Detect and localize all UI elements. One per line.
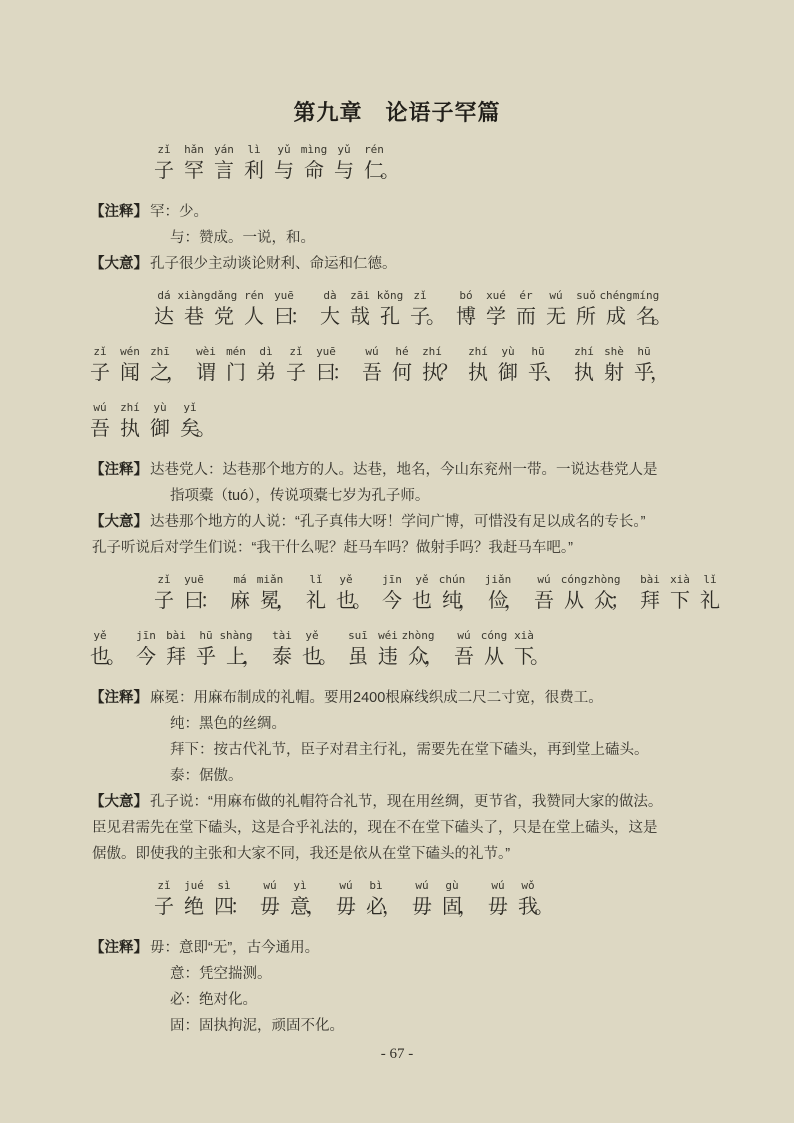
verse-character: wú毋 [336, 879, 356, 919]
pinyin-annotation: hé [395, 345, 408, 359]
punctuation: 。 [530, 646, 550, 668]
note-line: 必：绝对化。 [90, 987, 704, 1013]
punctuation: ， [276, 590, 296, 612]
pinyin-annotation: zǐ [93, 345, 106, 359]
pinyin-annotation: wú [339, 879, 352, 893]
note-line: 臣见君需先在堂下磕头，这是合乎礼法的，现在不在堂下磕头了，只是在堂上磕头，这是 [90, 815, 704, 841]
verse-character: miǎn冕， [260, 573, 296, 613]
pinyin-annotation: zhí [468, 345, 488, 359]
pinyin-annotation: bó [459, 289, 472, 303]
note-text: 罕：少。 [150, 204, 208, 220]
verse-line: zǐ子wén闻zhī之，wèi谓mén门dì弟zǐ子yuē曰：wú吾hé何zhí… [90, 345, 704, 385]
pinyin-annotation: rén [244, 289, 264, 303]
pinyin-annotation: chún [439, 573, 466, 587]
pinyin-annotation: yě [305, 629, 318, 643]
pinyin-annotation: wǒ [521, 879, 534, 893]
note-line: 孔子听说后对学生们说：“我干什么呢？赶马车吗？做射手吗？我赶马车吧。” [90, 535, 704, 561]
pinyin-annotation: gù [445, 879, 458, 893]
note-line: 纯：黑色的丝绸。 [90, 711, 704, 737]
hanzi-text: 御 [498, 361, 518, 385]
note-text: 必：绝对化。 [170, 992, 257, 1008]
note-text: 达巷党人：达巷那个地方的人。达巷，地名，今山东兖州一带。一说达巷党人是 [150, 462, 658, 478]
verse-character: yì意， [290, 879, 326, 919]
hanzi-text: 也 [412, 589, 432, 613]
pinyin-annotation: dǎng [211, 289, 238, 303]
note-label: 【大意】 [90, 256, 148, 272]
verse-character: wú无 [546, 289, 566, 329]
pinyin-annotation: shàng [219, 629, 252, 643]
pinyin-annotation: ér [519, 289, 532, 303]
verse-line: dá达xiàng巷dǎng党rén人yuē曰：dà大zāi哉kǒng孔zǐ子。b… [90, 289, 704, 329]
pinyin-annotation: cóng [561, 573, 588, 587]
pinyin-annotation: zhī [150, 345, 170, 359]
pinyin-annotation: wú [491, 879, 504, 893]
hanzi-text: 博 [456, 305, 476, 329]
verse-character: wéi违 [378, 629, 398, 669]
verse-character: jiǎn俭， [488, 573, 524, 613]
hanzi-text: 子 [286, 361, 306, 385]
verse-character: jué绝 [184, 879, 204, 919]
verse-character: chún纯， [442, 573, 478, 613]
verse-character: hǎn罕 [184, 143, 204, 183]
verse-character: shè射 [604, 345, 624, 385]
verse-character: cóng从 [484, 629, 504, 669]
hanzi-text: 虽 [348, 645, 368, 669]
pinyin-annotation: jīn [136, 629, 156, 643]
hanzi-text: 与 [274, 159, 294, 183]
punctuation: ： [230, 896, 250, 918]
hanzi-text: 罕 [184, 159, 204, 183]
document-page: 第九章 论语子罕篇 zǐ子hǎn罕yán言lì利yǔ与mìng命yǔ与rén仁。… [0, 0, 794, 1123]
pinyin-annotation: kǒng [377, 289, 404, 303]
verse-character: lǐ礼 [306, 573, 326, 613]
pinyin-annotation: zǐ [157, 879, 170, 893]
verse-character: yán言 [214, 143, 234, 183]
note-text: 纯：黑色的丝绸。 [170, 716, 286, 732]
pinyin-annotation: dá [157, 289, 170, 303]
pinyin-annotation: lì [247, 143, 260, 157]
pinyin-annotation: wú [263, 879, 276, 893]
hanzi-text: 闻 [120, 361, 140, 385]
verse-character: shàng上， [226, 629, 262, 669]
verse-character: zhòng众； [594, 573, 630, 613]
punctuation: ： [200, 590, 220, 612]
pinyin-annotation: wèi [196, 345, 216, 359]
punctuation: ， [382, 896, 402, 918]
pinyin-annotation: lǐ [703, 573, 716, 587]
verse-character: mén门 [226, 345, 246, 385]
hanzi-text: 哉 [350, 305, 370, 329]
verse-character: hū乎， [634, 345, 670, 385]
note-line: 泰：倨傲。 [90, 763, 704, 789]
hanzi-text: 曰： [274, 305, 310, 329]
punctuation: ？ [438, 362, 458, 384]
hanzi-text: 我。 [518, 895, 554, 919]
hanzi-text: 吾 [90, 417, 110, 441]
pinyin-annotation: wú [365, 345, 378, 359]
punctuation: ， [424, 646, 444, 668]
pinyin-annotation: zhòng [587, 573, 620, 587]
pinyin-annotation: zǐ [289, 345, 302, 359]
note-line: 固：固执拘泥，顽固不化。 [90, 1013, 704, 1039]
verse-character: zāi哉 [350, 289, 370, 329]
note-label: 【大意】 [90, 514, 148, 530]
page-number: - 67 - [0, 1046, 794, 1063]
verse-character: yǔ与 [334, 143, 354, 183]
pinyin-annotation: hǎn [184, 143, 204, 157]
verse-character: xiàng巷 [184, 289, 204, 329]
hanzi-text: 之， [150, 361, 186, 385]
punctuation: 。 [380, 160, 400, 182]
hanzi-text: 毋 [336, 895, 356, 919]
hanzi-text: 吾 [454, 645, 474, 669]
verse-character: yuē曰： [274, 289, 310, 329]
hanzi-text: 下 [670, 589, 690, 613]
verse-character: bó博 [456, 289, 476, 329]
hanzi-text: 乎、 [528, 361, 564, 385]
pinyin-annotation: míng [633, 289, 660, 303]
pinyin-annotation: yě [93, 629, 106, 643]
hanzi-text: 曰： [316, 361, 352, 385]
verse-character: wú吾 [362, 345, 382, 385]
note-text: 与：赞成。一说，和。 [170, 230, 315, 246]
hanzi-text: 固， [442, 895, 478, 919]
hanzi-text: 子。 [410, 305, 446, 329]
hanzi-text: 御 [150, 417, 170, 441]
hanzi-text: 执 [574, 361, 594, 385]
punctuation: 。 [534, 896, 554, 918]
hanzi-text: 拜 [640, 589, 660, 613]
hanzi-text: 乎， [634, 361, 670, 385]
pinyin-annotation: yǐ [183, 401, 196, 415]
verse-character: yù御 [498, 345, 518, 385]
verse-character: xià下。 [514, 629, 550, 669]
punctuation: 。 [318, 646, 338, 668]
hanzi-text: 所 [576, 305, 596, 329]
pinyin-annotation: zhí [120, 401, 140, 415]
verse-character: wú吾 [90, 401, 110, 441]
hanzi-text: 子 [154, 895, 174, 919]
hanzi-text: 孔 [380, 305, 400, 329]
verse-character: zǐ子 [154, 879, 174, 919]
hanzi-text: 名。 [636, 305, 672, 329]
verse-character: yù御 [150, 401, 170, 441]
verse-character: dǎng党 [214, 289, 234, 329]
pinyin-annotation: zhí [574, 345, 594, 359]
pinyin-annotation: hū [637, 345, 650, 359]
verse-character: wú毋 [412, 879, 432, 919]
pinyin-annotation: xià [514, 629, 534, 643]
hanzi-text: 意， [290, 895, 326, 919]
verse-character: zhí执 [120, 401, 140, 441]
hanzi-text: 今 [136, 645, 156, 669]
pinyin-annotation: zǐ [157, 573, 170, 587]
note-text: 拜下：按古代礼节，臣子对君主行礼，需要先在堂下磕头，再到堂上磕头。 [170, 742, 649, 758]
punctuation: 。 [196, 418, 216, 440]
verse-character: mìng命 [304, 143, 324, 183]
verse-character: wén闻 [120, 345, 140, 385]
pinyin-annotation: wú [549, 289, 562, 303]
verse-character: yuē曰： [184, 573, 220, 613]
note-text: 麻冕：用麻布制成的礼帽。要用2400根麻线织成二尺二寸宽，很费工。 [150, 690, 603, 706]
hanzi-text: 俭， [488, 589, 524, 613]
verse-character: hū乎、 [528, 345, 564, 385]
note-label: 【大意】 [90, 794, 148, 810]
pinyin-annotation: yǔ [337, 143, 350, 157]
hanzi-text: 麻 [230, 589, 250, 613]
note-text: 固：固执拘泥，顽固不化。 [170, 1018, 344, 1034]
pinyin-annotation: rén [364, 143, 384, 157]
verse-character: cóng从 [564, 573, 584, 613]
hanzi-text: 也。 [90, 645, 126, 669]
hanzi-text: 仁。 [364, 159, 400, 183]
hanzi-text: 违 [378, 645, 398, 669]
verse-character: sì四： [214, 879, 250, 919]
note-label: 【注释】 [90, 940, 148, 956]
hanzi-text: 毋 [260, 895, 280, 919]
hanzi-text: 矣。 [180, 417, 216, 441]
pinyin-annotation: zhí [422, 345, 442, 359]
note-text: 指项橐（tuó），传说项橐七岁为孔子师。 [170, 488, 429, 504]
pinyin-annotation: yě [339, 573, 352, 587]
pinyin-annotation: cóng [481, 629, 508, 643]
pinyin-annotation: lǐ [309, 573, 322, 587]
hanzi-text: 无 [546, 305, 566, 329]
pinyin-annotation: xiàng [177, 289, 210, 303]
punctuation: ， [458, 590, 478, 612]
hanzi-text: 从 [484, 645, 504, 669]
note-line: 【注释】罕：少。 [90, 199, 704, 225]
verse-character: rén仁。 [364, 143, 400, 183]
punctuation: ， [504, 590, 524, 612]
pinyin-annotation: yì [293, 879, 306, 893]
hanzi-text: 四： [214, 895, 250, 919]
hanzi-text: 众， [408, 645, 444, 669]
verse-character: dà大 [320, 289, 340, 329]
verse-character: wú毋 [488, 879, 508, 919]
verse-character: míng名。 [636, 289, 672, 329]
pinyin-annotation: dì [259, 345, 272, 359]
verse-character: bì必， [366, 879, 402, 919]
pinyin-annotation: yuē [316, 345, 336, 359]
hanzi-text: 子 [154, 589, 174, 613]
pinyin-annotation: hū [531, 345, 544, 359]
verse-character: gù固， [442, 879, 478, 919]
verse-character: wèi谓 [196, 345, 216, 385]
verse-character: yuē曰： [316, 345, 352, 385]
hanzi-text: 与 [334, 159, 354, 183]
verse-character: suī虽 [348, 629, 368, 669]
pinyin-annotation: shè [604, 345, 624, 359]
hanzi-text: 而 [516, 305, 536, 329]
hanzi-text: 下。 [514, 645, 550, 669]
pinyin-annotation: wú [457, 629, 470, 643]
verse-line: zǐ子jué绝sì四：wú毋yì意，wú毋bì必，wú毋gù固，wú毋wǒ我。 [90, 879, 704, 919]
verse-character: hé何 [392, 345, 412, 385]
pinyin-annotation: yán [214, 143, 234, 157]
hanzi-text: 纯， [442, 589, 478, 613]
hanzi-text: 巷 [184, 305, 204, 329]
verse-line: yě也。jīn今bài拜hū乎shàng上，tài泰yě也。suī虽wéi违zh… [90, 629, 704, 669]
pinyin-annotation: chéng [599, 289, 632, 303]
pinyin-annotation: bì [369, 879, 382, 893]
note-text: 意：凭空揣测。 [170, 966, 272, 982]
verse-character: ér而 [516, 289, 536, 329]
punctuation: 、 [544, 362, 564, 384]
hanzi-text: 上， [226, 645, 262, 669]
hanzi-text: 吾 [534, 589, 554, 613]
pinyin-annotation: bài [640, 573, 660, 587]
punctuation: ： [332, 362, 352, 384]
verse-character: zhí执 [468, 345, 488, 385]
pinyin-annotation: wú [537, 573, 550, 587]
hanzi-text: 今 [382, 589, 402, 613]
pinyin-annotation: hū [199, 629, 212, 643]
hanzi-text: 毋 [488, 895, 508, 919]
note-line: 【大意】孔子很少主动谈论财利、命运和仁德。 [90, 251, 704, 277]
punctuation: 。 [652, 306, 672, 328]
pinyin-annotation: zāi [350, 289, 370, 303]
hanzi-text: 命 [304, 159, 324, 183]
verse-character: wú吾 [454, 629, 474, 669]
verse-character: hū乎 [196, 629, 216, 669]
verse-line: wú吾zhí执yù御yǐ矣。 [90, 401, 704, 441]
hanzi-text: 冕， [260, 589, 296, 613]
verse-character: kǒng孔 [380, 289, 400, 329]
verse-character: dá达 [154, 289, 174, 329]
verse-character: wǒ我。 [518, 879, 554, 919]
verse-character: zhòng众， [408, 629, 444, 669]
punctuation: 。 [352, 590, 372, 612]
hanzi-text: 礼 [700, 589, 720, 613]
hanzi-text: 乎 [196, 645, 216, 669]
hanzi-text: 拜 [166, 645, 186, 669]
hanzi-text: 毋 [412, 895, 432, 919]
hanzi-text: 泰 [272, 645, 292, 669]
pinyin-annotation: jué [184, 879, 204, 893]
note-text: 孔子听说后对学生们说：“我干什么呢？赶马车吗？做射手吗？我赶马车吧。” [92, 540, 573, 556]
hanzi-text: 子 [90, 361, 110, 385]
verse-character: rén人 [244, 289, 264, 329]
pinyin-annotation: wén [120, 345, 140, 359]
verse-character: chéng成 [606, 289, 626, 329]
hanzi-text: 执？ [422, 361, 458, 385]
pinyin-annotation: wéi [378, 629, 398, 643]
note-line: 【大意】达巷那个地方的人说：“孔子真伟大呀！学问广博，可惜没有足以成名的专长。” [90, 509, 704, 535]
pinyin-annotation: jiǎn [485, 573, 512, 587]
pinyin-annotation: xià [670, 573, 690, 587]
pinyin-annotation: zǐ [413, 289, 426, 303]
hanzi-text: 大 [320, 305, 340, 329]
verse-character: zǐ子 [90, 345, 110, 385]
verse-character: yǐ矣。 [180, 401, 216, 441]
pinyin-annotation: yuē [274, 289, 294, 303]
hanzi-text: 执 [120, 417, 140, 441]
hanzi-text: 众； [594, 589, 630, 613]
verse-character: yě也。 [302, 629, 338, 669]
hanzi-text: 人 [244, 305, 264, 329]
hanzi-text: 射 [604, 361, 624, 385]
note-line: 倨傲。即使我的主张和大家不同，我还是依从在堂下磕头的礼节。” [90, 841, 704, 867]
hanzi-text: 执 [468, 361, 488, 385]
pinyin-annotation: bài [166, 629, 186, 643]
hanzi-text: 弟 [256, 361, 276, 385]
note-line: 【注释】毋：意即“无”，古今通用。 [90, 935, 704, 961]
punctuation: ： [290, 306, 310, 328]
pinyin-annotation: zǐ [157, 143, 170, 157]
pinyin-annotation: xué [486, 289, 506, 303]
pinyin-annotation: miǎn [257, 573, 284, 587]
note-text: 泰：倨傲。 [170, 768, 243, 784]
note-text: 毋：意即“无”，古今通用。 [150, 940, 319, 956]
note-text: 孔子很少主动谈论财利、命运和仁德。 [150, 256, 397, 272]
verse-character: yě也。 [336, 573, 372, 613]
punctuation: 。 [426, 306, 446, 328]
verse-character: zǐ子 [154, 573, 174, 613]
verse-character: bài拜 [640, 573, 660, 613]
note-text: 臣见君需先在堂下磕头，这是合乎礼法的，现在不在堂下磕头了，只是在堂上磕头，这是 [92, 820, 658, 836]
note-line: 意：凭空揣测。 [90, 961, 704, 987]
punctuation: 。 [106, 646, 126, 668]
note-line: 与：赞成。一说，和。 [90, 225, 704, 251]
chapter-title: 第九章 论语子罕篇 [90, 96, 704, 127]
verse-character: jīn今 [136, 629, 156, 669]
pinyin-annotation: dà [323, 289, 336, 303]
pinyin-annotation: yuē [184, 573, 204, 587]
pinyin-annotation: suǒ [576, 289, 596, 303]
pinyin-annotation: mén [226, 345, 246, 359]
hanzi-text: 曰： [184, 589, 220, 613]
pinyin-annotation: suī [348, 629, 368, 643]
pinyin-annotation: tài [272, 629, 292, 643]
hanzi-text: 门 [226, 361, 246, 385]
verse-character: wú吾 [534, 573, 554, 613]
hanzi-text: 言 [214, 159, 234, 183]
note-label: 【注释】 [90, 462, 148, 478]
hanzi-text: 礼 [306, 589, 326, 613]
note-label: 【注释】 [90, 690, 148, 706]
hanzi-text: 利 [244, 159, 264, 183]
verse-character: suǒ所 [576, 289, 596, 329]
verse-character: yě也 [412, 573, 432, 613]
hanzi-text: 也。 [302, 645, 338, 669]
punctuation: ， [166, 362, 186, 384]
hanzi-text: 吾 [362, 361, 382, 385]
note-line: 【注释】麻冕：用麻布制成的礼帽。要用2400根麻线织成二尺二寸宽，很费工。 [90, 685, 704, 711]
pinyin-annotation: yù [153, 401, 166, 415]
hanzi-text: 必， [366, 895, 402, 919]
hanzi-text: 学 [486, 305, 506, 329]
verse-line: zǐ子hǎn罕yán言lì利yǔ与mìng命yǔ与rén仁。 [90, 143, 704, 183]
verse-character: xué学 [486, 289, 506, 329]
hanzi-text: 从 [564, 589, 584, 613]
note-label: 【注释】 [90, 204, 148, 220]
verse-character: tài泰 [272, 629, 292, 669]
punctuation: ， [650, 362, 670, 384]
note-text: 达巷那个地方的人说：“孔子真伟大呀！学问广博，可惜没有足以成名的专长。” [150, 514, 645, 530]
punctuation: ； [610, 590, 630, 612]
pinyin-annotation: jīn [382, 573, 402, 587]
pinyin-annotation: wú [415, 879, 428, 893]
verse-character: lì利 [244, 143, 264, 183]
sections-container: zǐ子hǎn罕yán言lì利yǔ与mìng命yǔ与rén仁。【注释】罕：少。与：… [90, 143, 704, 1039]
pinyin-annotation: yě [415, 573, 428, 587]
verse-character: zǐ子 [286, 345, 306, 385]
punctuation: ， [458, 896, 478, 918]
verse-character: má麻 [230, 573, 250, 613]
hanzi-text: 成 [606, 305, 626, 329]
verse-character: zhí执 [574, 345, 594, 385]
